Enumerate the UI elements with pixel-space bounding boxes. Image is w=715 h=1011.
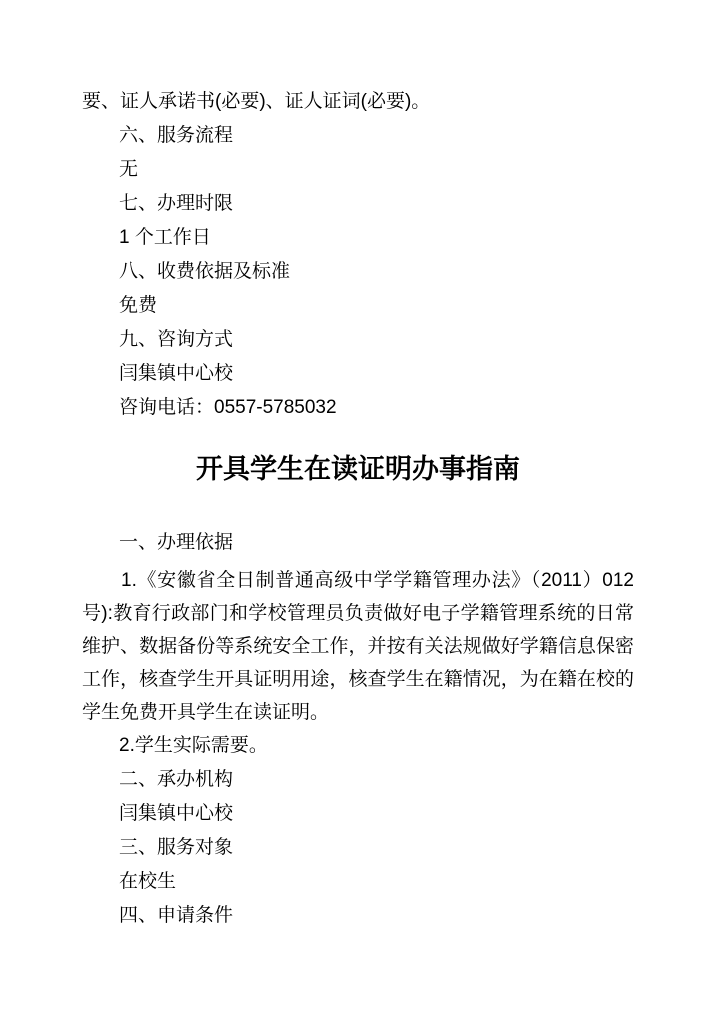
text-line: 在校生 [82,865,634,899]
text-line: 咨询电话：0557-5785032 [82,391,634,425]
text-line: 八、收费依据及标准 [82,255,634,289]
document-content: 要、证人承诺书(必要)、证人证词(必要)。六、服务流程无七、办理时限1 个工作日… [0,0,715,933]
text-line: 免费 [82,289,634,323]
text-line: 七、办理时限 [82,187,634,221]
text-line: 四、申请条件 [82,899,634,933]
intro-section: 要、证人承诺书(必要)、证人证词(必要)。六、服务流程无七、办理时限1 个工作日… [82,85,634,425]
text-line: 一、办理依据 [82,526,634,560]
text-line: 三、服务对象 [82,831,634,865]
text-line: 闫集镇中心校 [82,797,634,831]
text-line: 九、咨询方式 [82,323,634,357]
document-title: 开具学生在读证明办事指南 [82,447,634,491]
text-line: 六、服务流程 [82,119,634,153]
guide-section: 一、办理依据1.《安徽省全日制普通高级中学学籍管理办法》（2011）012号):… [82,526,634,933]
document-page: 要、证人承诺书(必要)、证人证词(必要)。六、服务流程无七、办理时限1 个工作日… [0,0,715,1011]
text-line: 闫集镇中心校 [82,357,634,391]
text-line: 2.学生实际需要。 [82,729,634,763]
paragraph: 1.《安徽省全日制普通高级中学学籍管理办法》（2011）012号):教育行政部门… [82,564,634,729]
text-line: 1 个工作日 [82,221,634,255]
text-line: 二、承办机构 [82,763,634,797]
text-line: 要、证人承诺书(必要)、证人证词(必要)。 [82,85,634,119]
text-line: 无 [82,153,634,187]
